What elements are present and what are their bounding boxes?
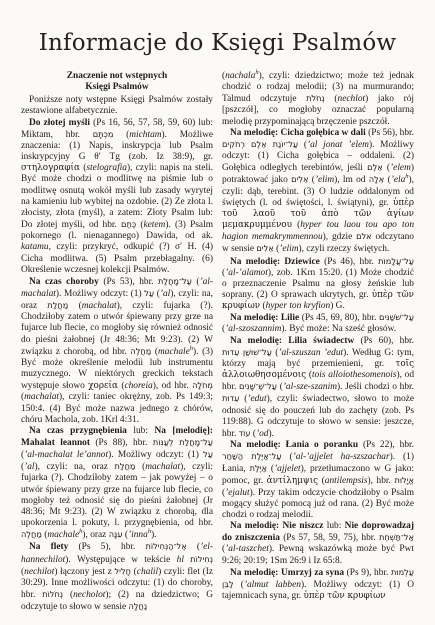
- transliteration-italic: ’elem: [390, 163, 411, 173]
- text-run: (: [113, 130, 129, 140]
- transliteration-italic: hyper ton kryfion: [266, 301, 331, 311]
- greek-text: χορεία: [88, 381, 118, 391]
- two-column-text: Znaczenie not wstępnychKsięgi PsalmówPon…: [21, 71, 414, 613]
- hebrew-text: נַחֲלָה: [129, 601, 148, 611]
- text-run: (: [282, 452, 293, 462]
- text-run: ).: [151, 530, 156, 540]
- transliteration-italic: ’al-taszchet: [225, 544, 269, 554]
- paragraph: Na melodię: Dziewice (Ps 46), hbr. עַל־ע…: [222, 256, 414, 313]
- paragraph: Na melodię: Łania o poranku (Ps 22), hbr…: [222, 440, 414, 521]
- text-run: ), gdzie: [323, 232, 356, 242]
- bold-lead-in: Na czas choroby: [29, 277, 99, 287]
- bold-lead-in: Na melodię: Nie niszcz: [230, 521, 323, 531]
- column-left: Znaczenie not wstępnychKsięgi PsalmówPon…: [21, 71, 213, 613]
- transliteration-italic: ketem: [143, 220, 165, 230]
- page-title: Informacje do Księgi Psalmów: [21, 30, 414, 56]
- hebrew-text: אֶל־הַנְּחִילוֹת: [146, 541, 187, 551]
- paragraph: Na melodię: Lilia świadectw (Ps 60), hbr…: [222, 336, 414, 440]
- paragraph: Na melodię: Cicha gołębica w dali (Ps 56…: [222, 128, 414, 256]
- paragraph: Na melodię: Umrzyj za syna (Ps 9), hbr. …: [222, 567, 414, 602]
- bold-lead-in: Na melodię: Łania o poranku: [230, 440, 358, 450]
- hebrew-text: אֵלִים: [291, 174, 308, 184]
- hebrew-text: עַל־שׁוּשַׁן עֵדוּת: [222, 347, 272, 357]
- transliteration-italic: ’elim: [279, 244, 298, 254]
- hebrew-text: מַחֲלַת: [115, 461, 136, 471]
- text-run: lub:: [323, 521, 344, 531]
- transliteration-italic: stelografia: [86, 163, 127, 173]
- transliteration-italic: ’edut: [247, 394, 266, 404]
- text-run: (: [318, 476, 325, 486]
- text-run: ). Przy takim odczycie chodziłoby o Psal…: [222, 488, 414, 520]
- transliteration-italic: ’al: [24, 462, 34, 472]
- bold-lead-in: Na melodię: Dziewice: [230, 257, 320, 267]
- text-run: (: [292, 220, 300, 230]
- text-run: ) G.: [330, 301, 345, 311]
- text-run: (: [298, 140, 307, 150]
- paragraph: Do złotej myśli (Ps 16, 56, 57, 58, 59, …: [21, 118, 213, 276]
- transliteration-italic: machalat: [24, 392, 59, 402]
- text-run: ). Możliwy odczyt: (1): [56, 289, 144, 299]
- paragraph: Księgi Psalmów: [21, 82, 213, 93]
- transliteration-italic: machalat: [82, 301, 117, 311]
- hebrew-text: מִכְתָּם: [93, 129, 114, 139]
- paragraph: Na flety (Ps 5), hbr. אֶל־הַנְּחִילוֹת (…: [21, 541, 213, 613]
- text-run: ). Możliwy odczyt: (1): [108, 450, 203, 460]
- bold-lead-in: Na melodię: Cicha gołębica w dali: [230, 128, 366, 138]
- transliteration-italic: ’al-machalat le’annot: [24, 450, 108, 460]
- hebrew-text: מַחֲלַת: [47, 300, 68, 310]
- hebrew-text: עַל־שֶׁ־שָּׁנִים: [239, 381, 277, 391]
- paragraph: Poniższe noty wstępne Księgi Psalmów zos…: [21, 95, 213, 117]
- hebrew-text: מְחֹלָה: [192, 380, 213, 390]
- text-run: lub:: [127, 426, 155, 436]
- hebrew-text: עַל: [144, 288, 154, 298]
- transliteration-italic: antilempsis: [325, 476, 368, 486]
- hebrew-text: עַל־יוֹנַת אֵלֶם רְחֹקִים: [222, 139, 298, 149]
- hebrew-text: חָלִיל: [114, 566, 131, 576]
- bold-lead-in: Na melodię: Umrzyj za syna: [230, 568, 344, 578]
- text-run: (Ps 9), hbr.: [344, 568, 391, 578]
- text-run: (: [63, 590, 73, 600]
- hebrew-text: עַל: [203, 449, 213, 459]
- column-right: (nachalah), czyli: dziedzictwo; może też…: [222, 71, 414, 613]
- text-run: (: [187, 542, 200, 552]
- transliteration-italic: ’al-szoszannim: [225, 324, 281, 334]
- transliteration-italic: tois alloiothesomenois: [312, 370, 396, 380]
- greek-text: ἀντίλημψις: [267, 476, 318, 486]
- text-run: ). Być może: Na sześć głosów.: [281, 324, 396, 334]
- transliteration-italic: ’ajjelet: [274, 464, 301, 474]
- hebrew-text: אַל־תַּשְׁחֵת: [379, 532, 414, 542]
- text-run: ) łączony jest z: [54, 567, 114, 577]
- hebrew-text: אֵלָה: [369, 174, 384, 184]
- transliteration-italic: michtam: [129, 130, 161, 140]
- transliteration-italic: ’ela: [391, 175, 406, 185]
- hebrew-text: עַל־מָחֲלַת: [158, 276, 192, 286]
- paragraph: Na czas choroby (Ps 53), hbr. עַל־מָחֲלַ…: [21, 276, 213, 426]
- text-run: ), czyli rzeczy świętych.: [299, 244, 390, 254]
- hebrew-text: עֵדוּת: [222, 393, 239, 403]
- greek-text: ὑπὲρ τῶν κρυφίων: [303, 591, 385, 601]
- bold-lead-in: Na flety: [29, 542, 68, 552]
- transliteration-italic: ’al jonat ’elem: [307, 140, 369, 150]
- bold-lead-in: Znaczenie not wstępnych: [67, 71, 168, 81]
- hebrew-text: אֵלֶם: [367, 162, 383, 172]
- transliteration-italic: ’al-’alamot: [225, 268, 268, 278]
- text-run: ), od hbr.: [153, 381, 192, 391]
- transliteration-italic: katamu: [21, 242, 49, 252]
- document-page: Informacje do Księgi Psalmów Znaczenie n…: [0, 0, 435, 625]
- transliteration-italic: chalil: [137, 567, 158, 577]
- hebrew-text: מַחֲלֶה: [130, 346, 151, 356]
- hebrew-text: עַל־אַיֶּלֶת הַשַּׁחַר: [222, 451, 282, 461]
- transliteration-italic: ’almut labben: [244, 580, 301, 590]
- bold-lead-in: Do złotej myśli: [29, 118, 90, 128]
- transliteration-italic: nechilot: [24, 567, 54, 577]
- transliteration-italic: necholot: [73, 590, 105, 600]
- transliteration-italic: ’al-’ajjelet ha-szszachar: [293, 452, 390, 462]
- text-run: Poniższe noty wstępne Księgi Psalmów zos…: [21, 95, 213, 116]
- text-run: ), czyli: fujarka (?). Chodziłoby zatem …: [21, 462, 213, 528]
- bold-lead-in: Na melodię: Lilie: [230, 313, 299, 323]
- hebrew-text: עַל־שֹׁשַׁנִּים: [379, 312, 414, 322]
- paragraph: Na melodię: Nie niszcz lub: Nie doprowad…: [222, 521, 414, 567]
- text-run: (Ps 45, 69, 80), hbr.: [299, 313, 379, 323]
- transliteration-italic: ’ejalut: [225, 488, 249, 498]
- text-run: (: [325, 94, 338, 104]
- text-run: (Ps 5), hbr.: [68, 542, 145, 552]
- text-run: (Ps 88), hbr.: [90, 438, 153, 448]
- transliteration-italic: hl: [177, 555, 184, 565]
- text-run: (: [135, 462, 145, 472]
- transliteration-italic: machalat: [145, 462, 180, 472]
- text-run: (Ps 22), hbr.: [358, 440, 414, 450]
- text-run: , czyli: przykryć, odkupić (?) σ′ H. (4)…: [21, 242, 213, 274]
- text-run: ), hbr.: [368, 476, 395, 486]
- bold-lead-in: Na czas przygnębienia: [29, 426, 127, 436]
- transliteration-italic: machale: [47, 530, 79, 540]
- paragraph: Na melodię: Lilie (Ps 45, 69, 80), hbr. …: [222, 312, 414, 335]
- text-run: ). Jeśli chodzi o hbr.: [337, 382, 414, 392]
- text-run: ). Występujące w tekście: [65, 555, 176, 565]
- text-run: (: [68, 301, 81, 311]
- text-run: (: [234, 580, 244, 590]
- hebrew-text: נְחִילוֹת: [190, 554, 213, 564]
- transliteration-italic: ’elim: [315, 175, 334, 185]
- transliteration-italic: ’inna: [128, 530, 148, 540]
- text-run: (: [383, 163, 390, 173]
- hebrew-text: אֱיָלוּת: [394, 475, 414, 485]
- hebrew-text: נְחֹלוֹת: [42, 589, 63, 599]
- paragraph: Na czas przygnębienia lub: Na [melodię]:…: [21, 426, 213, 542]
- transliteration-italic: ’al-sze-szanim: [283, 382, 337, 392]
- hebrew-text: עַל־מָחֲלַת לְעַנּוֹת: [153, 437, 213, 447]
- transliteration-italic: ’al-szuszan ’edut: [278, 348, 343, 358]
- text-run: ), czyli: na, oraz: [35, 462, 115, 472]
- bold-lead-in: Księgi Psalmów: [85, 82, 148, 92]
- hebrew-text: מַחֲלֶה: [21, 529, 42, 539]
- text-run: (Ps 60), hbr.: [354, 336, 414, 346]
- hebrew-text: כֶּתֶם: [121, 219, 136, 229]
- text-run: ), oraz: [82, 530, 108, 540]
- text-run: (Ps 53), hbr.: [99, 277, 158, 287]
- text-run: (Ps 46), hbr.: [320, 257, 378, 267]
- transliteration-italic: nachala: [225, 71, 255, 81]
- hebrew-text: אלם: [356, 231, 372, 241]
- text-run: ), lm od: [334, 175, 369, 185]
- hebrew-text: עוֹד: [239, 428, 251, 438]
- paragraph: Znaczenie not wstępnych: [21, 71, 213, 82]
- text-run: (Ps 56), hbr.: [366, 128, 414, 138]
- greek-text: στηλογραφία: [21, 163, 80, 173]
- hebrew-text: עַל־עֲלָמוֹת: [378, 256, 414, 266]
- hebrew-text: אַיֶּלֶת: [250, 463, 267, 473]
- hebrew-text: נְחֹלֹת: [306, 93, 325, 103]
- text-run: ).: [268, 429, 273, 439]
- text-run: (: [267, 464, 274, 474]
- paragraph: (nachalah), czyli: dziedzictwo; może też…: [222, 71, 414, 128]
- hebrew-text: אֵלִים: [256, 243, 273, 253]
- bold-lead-in: Na melodię: Lilia świadectw: [230, 336, 354, 346]
- text-run: (Ps 57, 58, 59, 75), hbr.: [280, 533, 379, 543]
- hebrew-text: עִנָּה: [109, 529, 123, 539]
- transliteration-italic: machale: [158, 347, 190, 357]
- transliteration-italic: nechlot: [338, 94, 366, 104]
- transliteration-italic: ’od: [256, 429, 269, 439]
- transliteration-italic: choreia: [124, 381, 152, 391]
- transliteration-italic: ’al: [160, 289, 170, 299]
